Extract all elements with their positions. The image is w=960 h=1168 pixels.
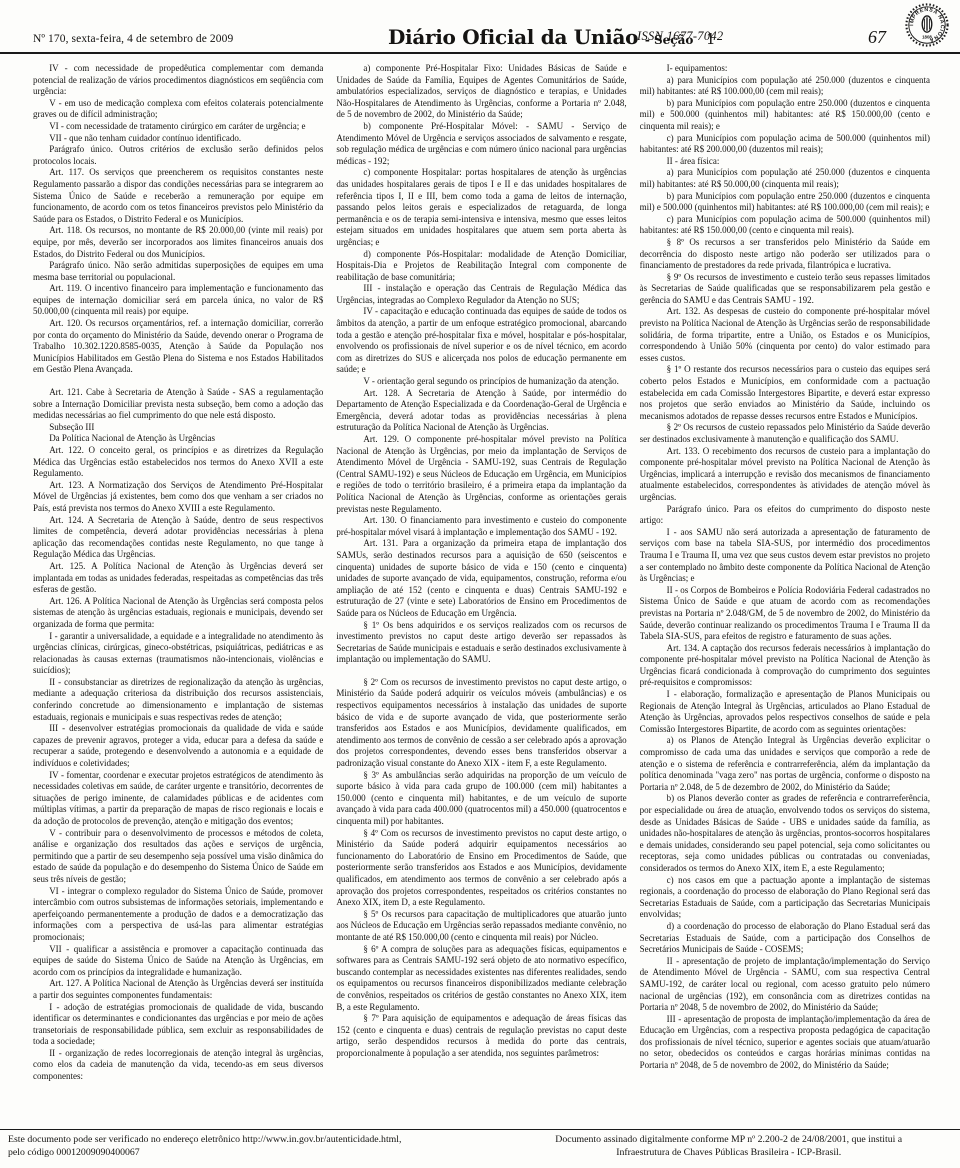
- paragraph: VII - que não tenham cuidador contínuo i…: [33, 133, 323, 145]
- footer-verification-line2: pelo código 00012009090400067: [8, 1147, 495, 1160]
- paragraph: Art. 120. Os recursos orçamentários, ref…: [33, 318, 323, 376]
- paragraph: § 6º A compra de soluções para as adequa…: [336, 944, 626, 1014]
- paragraph: c) nos casos em que a pactuação aponte a…: [640, 875, 930, 921]
- page-number: 67: [868, 27, 886, 48]
- paragraph: I - aos SAMU não será autorizada a apres…: [640, 527, 930, 585]
- paragraph: Art. 134. A captação dos recursos federa…: [640, 643, 930, 689]
- paragraph: VI - com necessidade de tratamento cirúr…: [33, 121, 323, 133]
- paragraph: V - contribuir para o desenvolvimento de…: [33, 828, 323, 886]
- paragraph: § 8º Os recursos a ser transferidos pelo…: [640, 237, 930, 272]
- paragraph: b) componente Pré-Hospitalar Móvel: - SA…: [336, 121, 626, 167]
- paragraph: Parágrafo único. Outros critérios de exc…: [33, 144, 323, 167]
- paragraph: V - em uso de medicação complexa com efe…: [33, 98, 323, 121]
- paragraph: Art. 131. Para a organização da primeira…: [336, 538, 626, 619]
- footer-signature-line1: Documento assinado digitalmente conforme…: [513, 1134, 944, 1147]
- footer-signature-text: Documento assinado digitalmente conforme…: [513, 1134, 944, 1159]
- paragraph: Parágrafo único. Não serão admitidas sup…: [33, 260, 323, 283]
- paragraph: c) para Municípios com população acima d…: [640, 214, 930, 237]
- paragraph: IV - com necessidade de propedêutica com…: [33, 63, 323, 98]
- paragraph: § 5º Os recursos para capacitação de mul…: [336, 909, 626, 944]
- paragraph: VII - qualificar a assistência e promove…: [33, 944, 323, 979]
- gazette-page: Nº 170, sexta-feira, 4 de setembro de 20…: [0, 0, 960, 1168]
- paragraph: § 4º Com os recursos de investimento pre…: [336, 828, 626, 909]
- paragraph: II - organização de redes locorregionais…: [33, 1048, 323, 1083]
- paragraph: a) os Planos de Atenção Integral às Urgê…: [640, 735, 930, 793]
- paragraph: Art. 130. O financiamento para investime…: [336, 515, 626, 538]
- paragraph: Da Política Nacional de Atenção às Urgên…: [33, 433, 323, 445]
- paragraph: § 9º Os recursos de investimento e custe…: [640, 272, 930, 307]
- footer-verification-line1: Este documento pode ser verificado no en…: [8, 1134, 495, 1147]
- paragraph: a) para Municípios com população até 250…: [640, 167, 930, 190]
- column-2: a) componente Pré-Hospitalar Fixo: Unida…: [336, 63, 626, 1126]
- paragraph: b) os Planos deverão conter as grades de…: [640, 793, 930, 874]
- paragraph: Art. 128. A Secretaria de Atenção à Saúd…: [336, 388, 626, 434]
- paragraph: Art. 127. A Política Nacional de Atenção…: [33, 978, 323, 1001]
- paragraph: c) componente Hospitalar: portas hospita…: [336, 167, 626, 248]
- imprensa-nacional-seal-icon: IMPRENSA NACIONAL 1808: [904, 1, 950, 54]
- paragraph: III - instalação e operação das Centrais…: [336, 283, 626, 306]
- paragraph: Art. 118. Os recursos, no montante de R$…: [33, 225, 323, 260]
- paragraph: II - os Corpos de Bombeiros e Polícia Ro…: [640, 585, 930, 643]
- edition-info: Nº 170, sexta-feira, 4 de setembro de 20…: [33, 33, 233, 45]
- paragraph: Parágrafo único. Para os efeitos do cump…: [640, 504, 930, 527]
- paragraph: Art. 124. A Secretaria de Atenção à Saúd…: [33, 515, 323, 561]
- paragraph: b) para Municípios com população entre 2…: [640, 191, 930, 214]
- paragraph: II - apresentação de projeto de implanta…: [640, 956, 930, 1014]
- paragraph: II - consubstanciar as diretrizes de reg…: [33, 677, 323, 723]
- paragraph: Art. 133. O recebimento dos recursos de …: [640, 446, 930, 504]
- paragraph: § 7º Para aquisição de equipamentos e ad…: [336, 1013, 626, 1059]
- paragraph: III - apresentação de proposta de implan…: [640, 1014, 930, 1072]
- issn-label: ISSN 1677-7042: [637, 29, 724, 44]
- paragraph: III - desenvolver estratégias promociona…: [33, 723, 323, 769]
- paragraph: Art. 121. Cabe à Secretaria de Atenção à…: [33, 387, 323, 422]
- paragraph: d) componente Pós-Hospitalar: modalidade…: [336, 249, 626, 284]
- paragraph: Art. 117. Os serviços que preencherem os…: [33, 167, 323, 225]
- paragraph: Subseção III: [33, 422, 323, 434]
- paragraph: Art. 126. A Política Nacional de Atenção…: [33, 596, 323, 631]
- paragraph: Art. 125. A Política Nacional de Atenção…: [33, 561, 323, 596]
- paragraph: Art. 119. O incentivo financeiro para im…: [33, 283, 323, 318]
- paragraph: V - orientação geral segundo os princípi…: [336, 376, 626, 388]
- paragraph: I - elaboração, formalização e apresenta…: [640, 689, 930, 735]
- paragraph: I- equipamentos:: [640, 63, 930, 75]
- paragraph: d) a coordenação do processo de elaboraç…: [640, 921, 930, 956]
- paragraph: I - garantir a universalidade, a equidad…: [33, 631, 323, 677]
- paragraph: VI - integrar o complexo regulador do Si…: [33, 886, 323, 944]
- paragraph: c) para Municípios com população acima d…: [640, 133, 930, 156]
- paragraph: § 1º Os bens adquiridos e os serviços re…: [336, 620, 626, 666]
- paragraph: Art. 129. O componente pré-hospitalar mó…: [336, 434, 626, 515]
- masthead-title: Diário Oficial da União: [388, 25, 638, 49]
- paragraph: a) para Municípios com população até 250…: [640, 75, 930, 98]
- paragraph: a) componente Pré-Hospitalar Fixo: Unida…: [336, 63, 626, 121]
- paragraph: § 3º As ambulâncias serão adquiridas na …: [336, 770, 626, 828]
- paragraph: § 2º Os recursos de custeio repassados p…: [640, 422, 930, 445]
- footer-signature-line2: Infraestrutura de Chaves Públicas Brasil…: [513, 1147, 944, 1160]
- paragraph: b) para Municípios com população entre 2…: [640, 98, 930, 133]
- footer-verification-text: Este documento pode ser verificado no en…: [8, 1134, 495, 1159]
- column-3: I- equipamentos:a) para Municípios com p…: [640, 63, 930, 1126]
- page-footer: Este documento pode ser verificado no en…: [0, 1129, 960, 1168]
- column-1: IV - com necessidade de propedêutica com…: [33, 63, 323, 1126]
- paragraph: Art. 123. A Normatização dos Serviços de…: [33, 480, 323, 515]
- paragraph: IV - capacitação e educação continuada d…: [336, 306, 626, 376]
- paragraph: § 1º O restante dos recursos necessários…: [640, 364, 930, 422]
- paragraph: Art. 122. O conceito geral, os princípio…: [33, 445, 323, 480]
- paragraph: § 2º Com os recursos de investimento pre…: [336, 677, 626, 770]
- seal-year: 1808: [922, 34, 932, 39]
- page-header: Nº 170, sexta-feira, 4 de setembro de 20…: [0, 0, 960, 54]
- content-columns: IV - com necessidade de propedêutica com…: [0, 54, 960, 1126]
- paragraph: IV - fomentar, coordenar e executar proj…: [33, 770, 323, 828]
- paragraph: Art. 132. As despesas de custeio do comp…: [640, 306, 930, 364]
- paragraph: I - adoção de estratégias promocionais d…: [33, 1002, 323, 1048]
- paragraph: II - área física:: [640, 156, 930, 168]
